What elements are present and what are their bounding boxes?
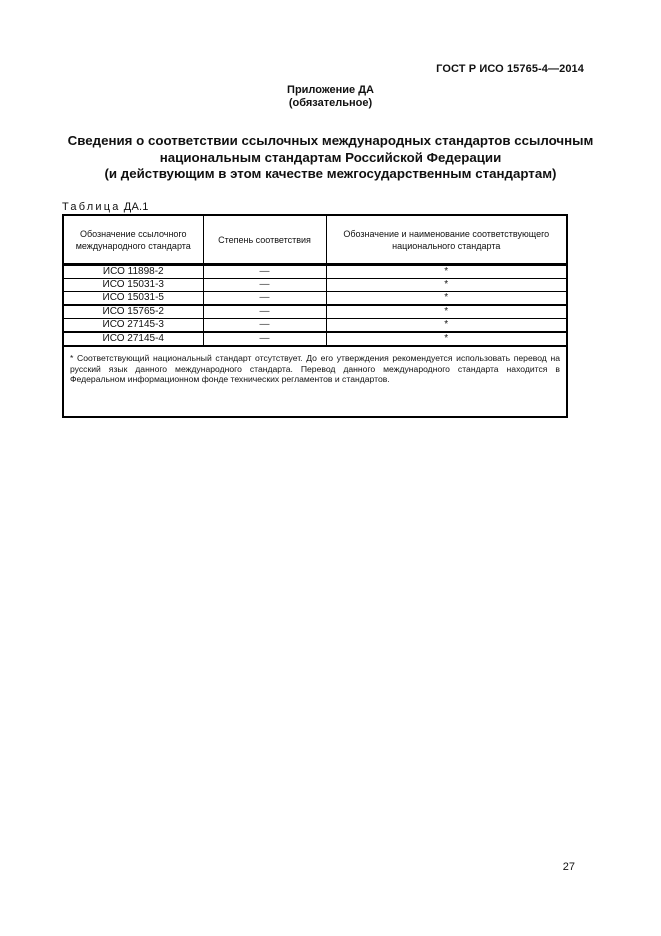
cell-degree: — bbox=[203, 305, 326, 319]
cell-degree: — bbox=[203, 319, 326, 333]
cell-reference-standard: ИСО 15765-2 bbox=[63, 305, 203, 319]
cell-national-standard: * bbox=[326, 332, 567, 346]
cell-reference-standard: ИСО 27145-4 bbox=[63, 332, 203, 346]
correspondence-table: Обозначение ссылочного международного ст… bbox=[62, 214, 568, 418]
document-title-line-1: Сведения о соответствии ссылочных междун… bbox=[0, 133, 661, 150]
document-code: ГОСТ Р ИСО 15765-4—2014 bbox=[436, 63, 584, 75]
table-caption: Таблица ДА.1 bbox=[62, 201, 149, 213]
annex-title: Приложение ДА bbox=[0, 84, 661, 97]
cell-degree: — bbox=[203, 292, 326, 306]
table-row: ИСО 11898-2 — * bbox=[63, 265, 567, 279]
table-caption-number: ДА.1 bbox=[124, 201, 149, 213]
table-row: ИСО 15031-3 — * bbox=[63, 279, 567, 292]
cell-national-standard: * bbox=[326, 265, 567, 279]
document-title: Сведения о соответствии ссылочных междун… bbox=[0, 133, 661, 183]
table-footnote: * Соответствующий национальный стандарт … bbox=[63, 346, 567, 417]
table-footnote-row: * Соответствующий национальный стандарт … bbox=[63, 346, 567, 417]
column-header-national-standard: Обозначение и наименование соответствующ… bbox=[326, 215, 567, 265]
table-row: ИСО 27145-3 — * bbox=[63, 319, 567, 333]
cell-degree: — bbox=[203, 265, 326, 279]
annex-status: (обязательное) bbox=[0, 97, 661, 110]
cell-national-standard: * bbox=[326, 279, 567, 292]
column-header-reference-standard: Обозначение ссылочного международного ст… bbox=[63, 215, 203, 265]
cell-reference-standard: ИСО 11898-2 bbox=[63, 265, 203, 279]
table-row: ИСО 27145-4 — * bbox=[63, 332, 567, 346]
annex-heading: Приложение ДА (обязательное) bbox=[0, 84, 661, 110]
page-number: 27 bbox=[563, 861, 575, 873]
column-header-degree: Степень соответствия bbox=[203, 215, 326, 265]
cell-national-standard: * bbox=[326, 305, 567, 319]
table-row: ИСО 15765-2 — * bbox=[63, 305, 567, 319]
document-title-line-3: (и действующим в этом качестве межгосуда… bbox=[0, 166, 661, 183]
cell-national-standard: * bbox=[326, 292, 567, 306]
cell-degree: — bbox=[203, 279, 326, 292]
cell-reference-standard: ИСО 27145-3 bbox=[63, 319, 203, 333]
table-row: ИСО 15031-5 — * bbox=[63, 292, 567, 306]
table-header-row: Обозначение ссылочного международного ст… bbox=[63, 215, 567, 265]
cell-reference-standard: ИСО 15031-5 bbox=[63, 292, 203, 306]
cell-reference-standard: ИСО 15031-3 bbox=[63, 279, 203, 292]
table-caption-word: Таблица bbox=[62, 201, 121, 213]
cell-degree: — bbox=[203, 332, 326, 346]
cell-national-standard: * bbox=[326, 319, 567, 333]
document-title-line-2: национальным стандартам Российской Федер… bbox=[0, 150, 661, 167]
